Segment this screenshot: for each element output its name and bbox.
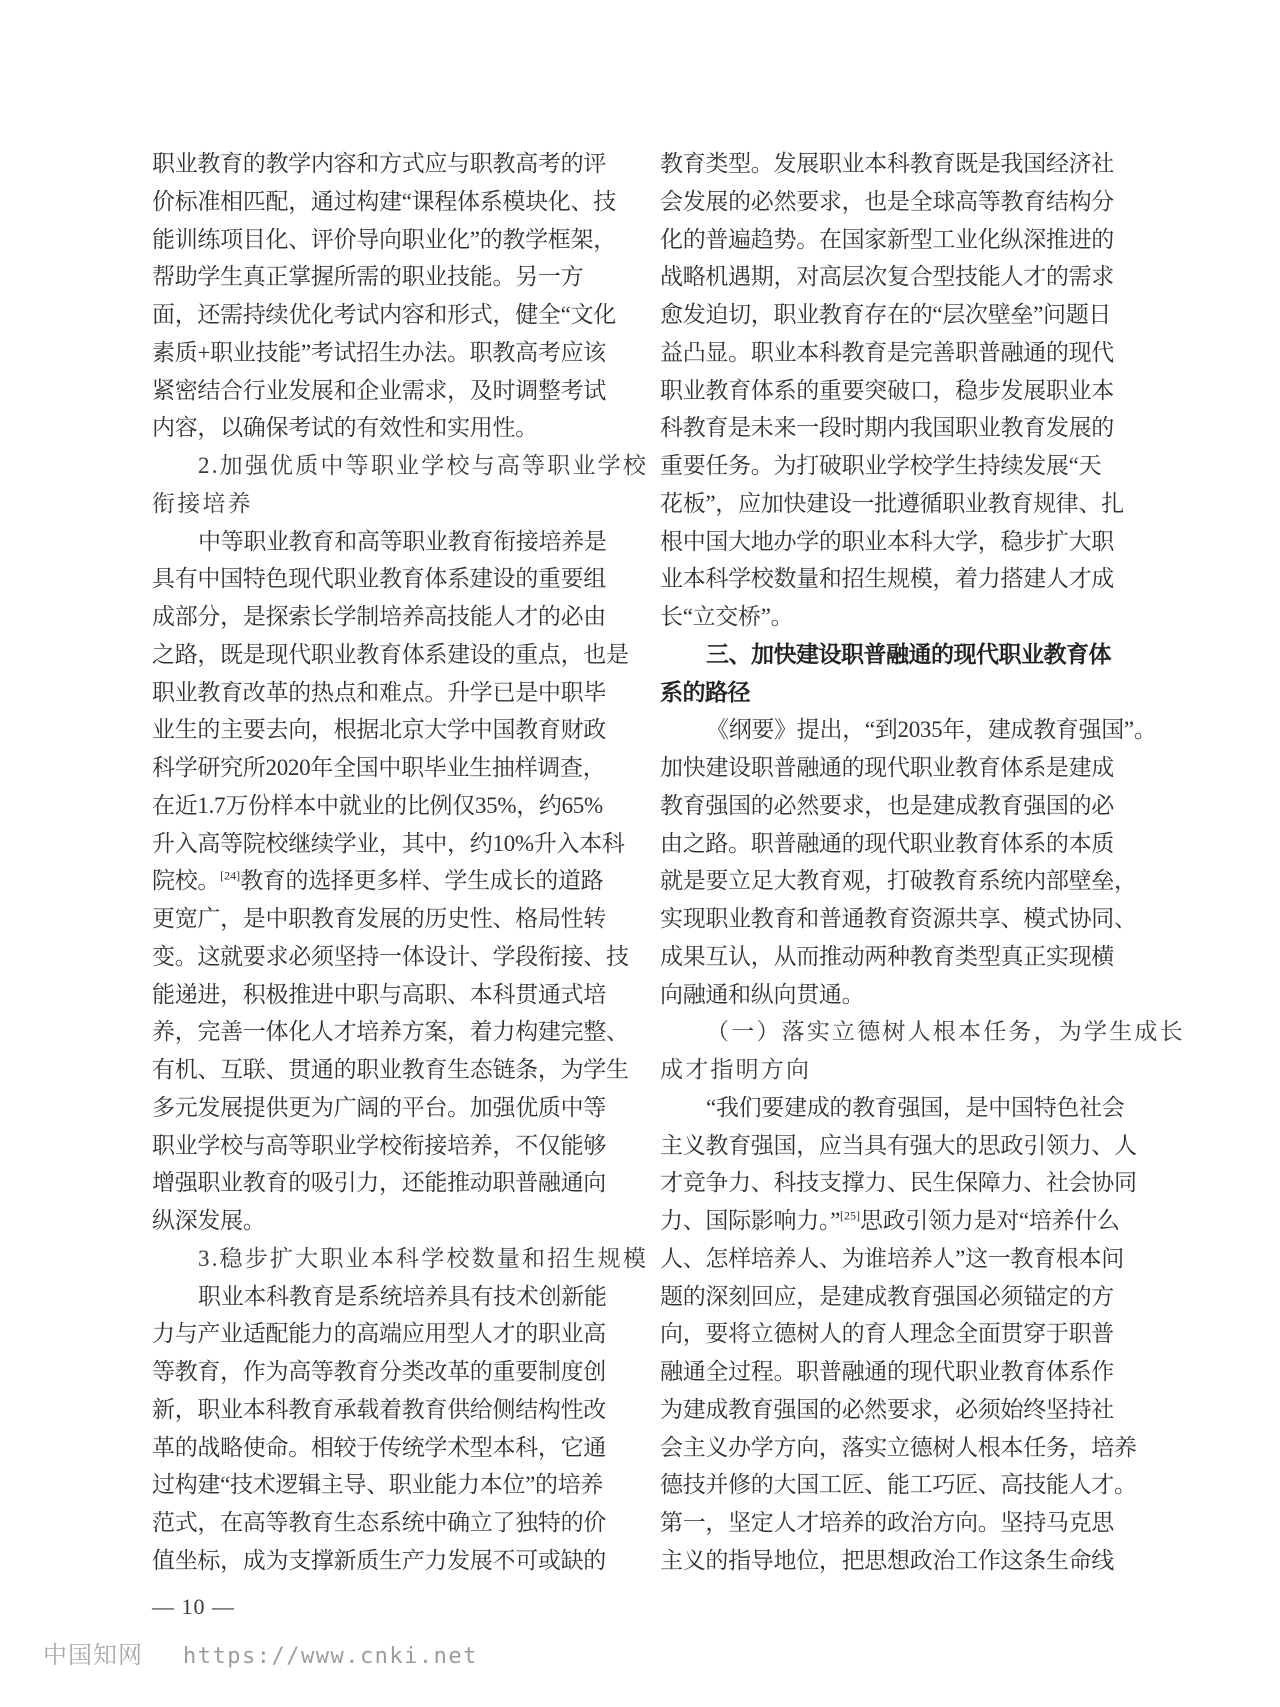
- text-line: 根中国大地办学的职业本科大学，稳步扩大职: [660, 523, 1130, 561]
- text-line: 具有中国特色现代职业教育体系建设的重要组: [152, 560, 620, 598]
- text-line: 题的深刻回应，是建成教育强国必须锚定的方: [660, 1278, 1130, 1316]
- text-line: 变。这就要求必须坚持一体设计、学段衔接、技: [152, 938, 620, 976]
- text-line: 职业本科教育是系统培养具有技术创新能: [152, 1278, 620, 1316]
- text-line: 在近1.7万份样本中就业的比例仅35%，约65%: [152, 787, 620, 825]
- text-line: 素质+职业技能”考试招生办法。职教高考应该: [152, 334, 620, 372]
- text-line: 紧密结合行业发展和企业需求，及时调整考试: [152, 372, 620, 410]
- text-line: “我们要建成的教育强国，是中国特色社会: [660, 1089, 1130, 1127]
- text-line: 科教育是未来一段时期内我国职业教育发展的: [660, 409, 1130, 447]
- text-line: 教育类型。发展职业本科教育既是我国经济社: [660, 145, 1130, 183]
- text-line: 力与产业适配能力的高端应用型人才的职业高: [152, 1315, 620, 1353]
- text-line: 向融通和纵向贯通。: [660, 976, 1130, 1014]
- right-text-column: 教育类型。发展职业本科教育既是我国经济社会发展的必然要求，也是全球高等教育结构分…: [660, 145, 1130, 1580]
- text-line: 增强职业教育的吸引力，还能推动职普融通向: [152, 1164, 620, 1202]
- cnki-brand-watermark: 中国知网: [43, 1643, 143, 1669]
- text-line: 长“立交桥”。: [660, 598, 1130, 636]
- text-line: 《纲要》提出，“到2035年，建成教育强国”。: [660, 711, 1130, 749]
- text-line: 花板”，应加快建设一批遵循职业教育规律、扎: [660, 485, 1130, 523]
- text-line: 职业教育的教学内容和方式应与职教高考的评: [152, 145, 620, 183]
- cnki-url-watermark: https://www.cnki.net: [183, 1644, 478, 1669]
- text-line: 为建成教育强国的必然要求，必须始终坚持社: [660, 1391, 1130, 1429]
- text-line: 中等职业教育和高等职业教育衔接培养是: [152, 523, 620, 561]
- text-line: 成部分，是探索长学制培养高技能人才的必由: [152, 598, 620, 636]
- text-line: 业本科学校数量和招生规模，着力搭建人才成: [660, 560, 1130, 598]
- text-line: 加快建设职普融通的现代职业教育体系是建成: [660, 749, 1130, 787]
- text-line: 多元发展提供更为广阔的平台。加强优质中等: [152, 1089, 620, 1127]
- text-line: 德技并修的大国工匠、能工巧匠、高技能人才。: [660, 1466, 1130, 1504]
- text-line: 益凸显。职业本科教育是完善职普融通的现代: [660, 334, 1130, 372]
- text-line: 等教育，作为高等教育分类改革的重要制度创: [152, 1353, 620, 1391]
- text-line: 会主义办学方向，落实立德树人根本任务，培养: [660, 1429, 1130, 1467]
- text-line: 价标准相匹配，通过构建“课程体系模块化、技: [152, 183, 620, 221]
- text-line: 帮助学生真正掌握所需的职业技能。另一方: [152, 258, 620, 296]
- text-line: （一）落实立德树人根本任务，为学生成长: [660, 1013, 1130, 1051]
- text-line: 职业学校与高等职业学校衔接培养，不仅能够: [152, 1127, 620, 1165]
- text-line: 教育强国的必然要求，也是建成教育强国的必: [660, 787, 1130, 825]
- text-line: 化的普遍趋势。在国家新型工业化纵深推进的: [660, 221, 1130, 259]
- text-line: 更宽广，是中职教育发展的历史性、格局性转: [152, 900, 620, 938]
- text-line: 新，职业本科教育承载着教育供给侧结构性改: [152, 1391, 620, 1429]
- text-line: 由之路。职普融通的现代职业教育体系的本质: [660, 825, 1130, 863]
- text-line: 系的路径: [660, 674, 1130, 712]
- text-line: 升入高等院校继续学业，其中，约10%升入本科: [152, 825, 620, 863]
- text-line: 成才指明方向: [660, 1051, 1130, 1089]
- citation-superscript: [24]: [220, 869, 240, 883]
- text-line: 范式，在高等教育生态系统中确立了独特的价: [152, 1504, 620, 1542]
- citation-superscript: [25]: [840, 1208, 860, 1222]
- text-line: 就是要立足大教育观，打破教育系统内部壁垒，: [660, 862, 1130, 900]
- text-line: 融通全过程。职普融通的现代职业教育体系作: [660, 1353, 1130, 1391]
- text-line: 职业教育体系的重要突破口，稳步发展职业本: [660, 372, 1130, 410]
- text-line: 能递进，积极推进中职与高职、本科贯通式培: [152, 976, 620, 1014]
- text-line: 力、国际影响力。”[25]思政引领力是对“培养什么: [660, 1202, 1130, 1240]
- text-line: 重要任务。为打破职业学校学生持续发展“天: [660, 447, 1130, 485]
- text-line: 业生的主要去向，根据北京大学中国教育财政: [152, 711, 620, 749]
- text-line: 院校。[24]教育的选择更多样、学生成长的道路: [152, 862, 620, 900]
- text-line: 有机、互联、贯通的职业教育生态链条，为学生: [152, 1051, 620, 1089]
- page-number: — 10 —: [152, 1594, 235, 1620]
- text-line: 愈发迫切，职业教育存在的“层次壁垒”问题日: [660, 296, 1130, 334]
- text-line: 值坐标，成为支撑新质生产力发展不可或缺的: [152, 1542, 620, 1580]
- text-line: 过构建“技术逻辑主导、职业能力本位”的培养: [152, 1466, 620, 1504]
- text-line: 主义教育强国，应当具有强大的思政引领力、人: [660, 1127, 1130, 1165]
- text-line: 2.加强优质中等职业学校与高等职业学校: [152, 447, 620, 485]
- text-line: 三、加快建设职普融通的现代职业教育体: [660, 636, 1130, 674]
- text-line: 人、怎样培养人、为谁培养人”这一教育根本问: [660, 1240, 1130, 1278]
- document-page: 职业教育的教学内容和方式应与职教高考的评价标准相匹配，通过构建“课程体系模块化、…: [0, 0, 1280, 1707]
- cnki-footer: 中国知网 https://www.cnki.net: [43, 1636, 478, 1676]
- text-line: 能训练项目化、评价导向职业化”的教学框架，: [152, 221, 620, 259]
- text-line: 会发展的必然要求，也是全球高等教育结构分: [660, 183, 1130, 221]
- text-line: 内容，以确保考试的有效性和实用性。: [152, 409, 620, 447]
- text-line: 面，还需持续优化考试内容和形式，健全“文化: [152, 296, 620, 334]
- left-text-column: 职业教育的教学内容和方式应与职教高考的评价标准相匹配，通过构建“课程体系模块化、…: [152, 145, 620, 1580]
- text-line: 纵深发展。: [152, 1202, 620, 1240]
- text-line: 实现职业教育和普通教育资源共享、模式协同、: [660, 900, 1130, 938]
- text-line: 向，要将立德树人的育人理念全面贯穿于职普: [660, 1315, 1130, 1353]
- text-line: 革的战略使命。相较于传统学术型本科，它通: [152, 1429, 620, 1467]
- text-line: 第一，坚定人才培养的政治方向。坚持马克思: [660, 1504, 1130, 1542]
- text-line: 成果互认，从而推动两种教育类型真正实现横: [660, 938, 1130, 976]
- text-line: 之路，既是现代职业教育体系建设的重点，也是: [152, 636, 620, 674]
- text-line: 衔接培养: [152, 485, 620, 523]
- text-line: 3.稳步扩大职业本科学校数量和招生规模: [152, 1240, 620, 1278]
- text-line: 养，完善一体化人才培养方案，着力构建完整、: [152, 1013, 620, 1051]
- text-line: 科学研究所2020年全国中职毕业生抽样调查，: [152, 749, 620, 787]
- text-line: 才竞争力、科技支撑力、民生保障力、社会协同: [660, 1164, 1130, 1202]
- text-line: 主义的指导地位，把思想政治工作这条生命线: [660, 1542, 1130, 1580]
- text-line: 战略机遇期，对高层次复合型技能人才的需求: [660, 258, 1130, 296]
- text-line: 职业教育改革的热点和难点。升学已是中职毕: [152, 674, 620, 712]
